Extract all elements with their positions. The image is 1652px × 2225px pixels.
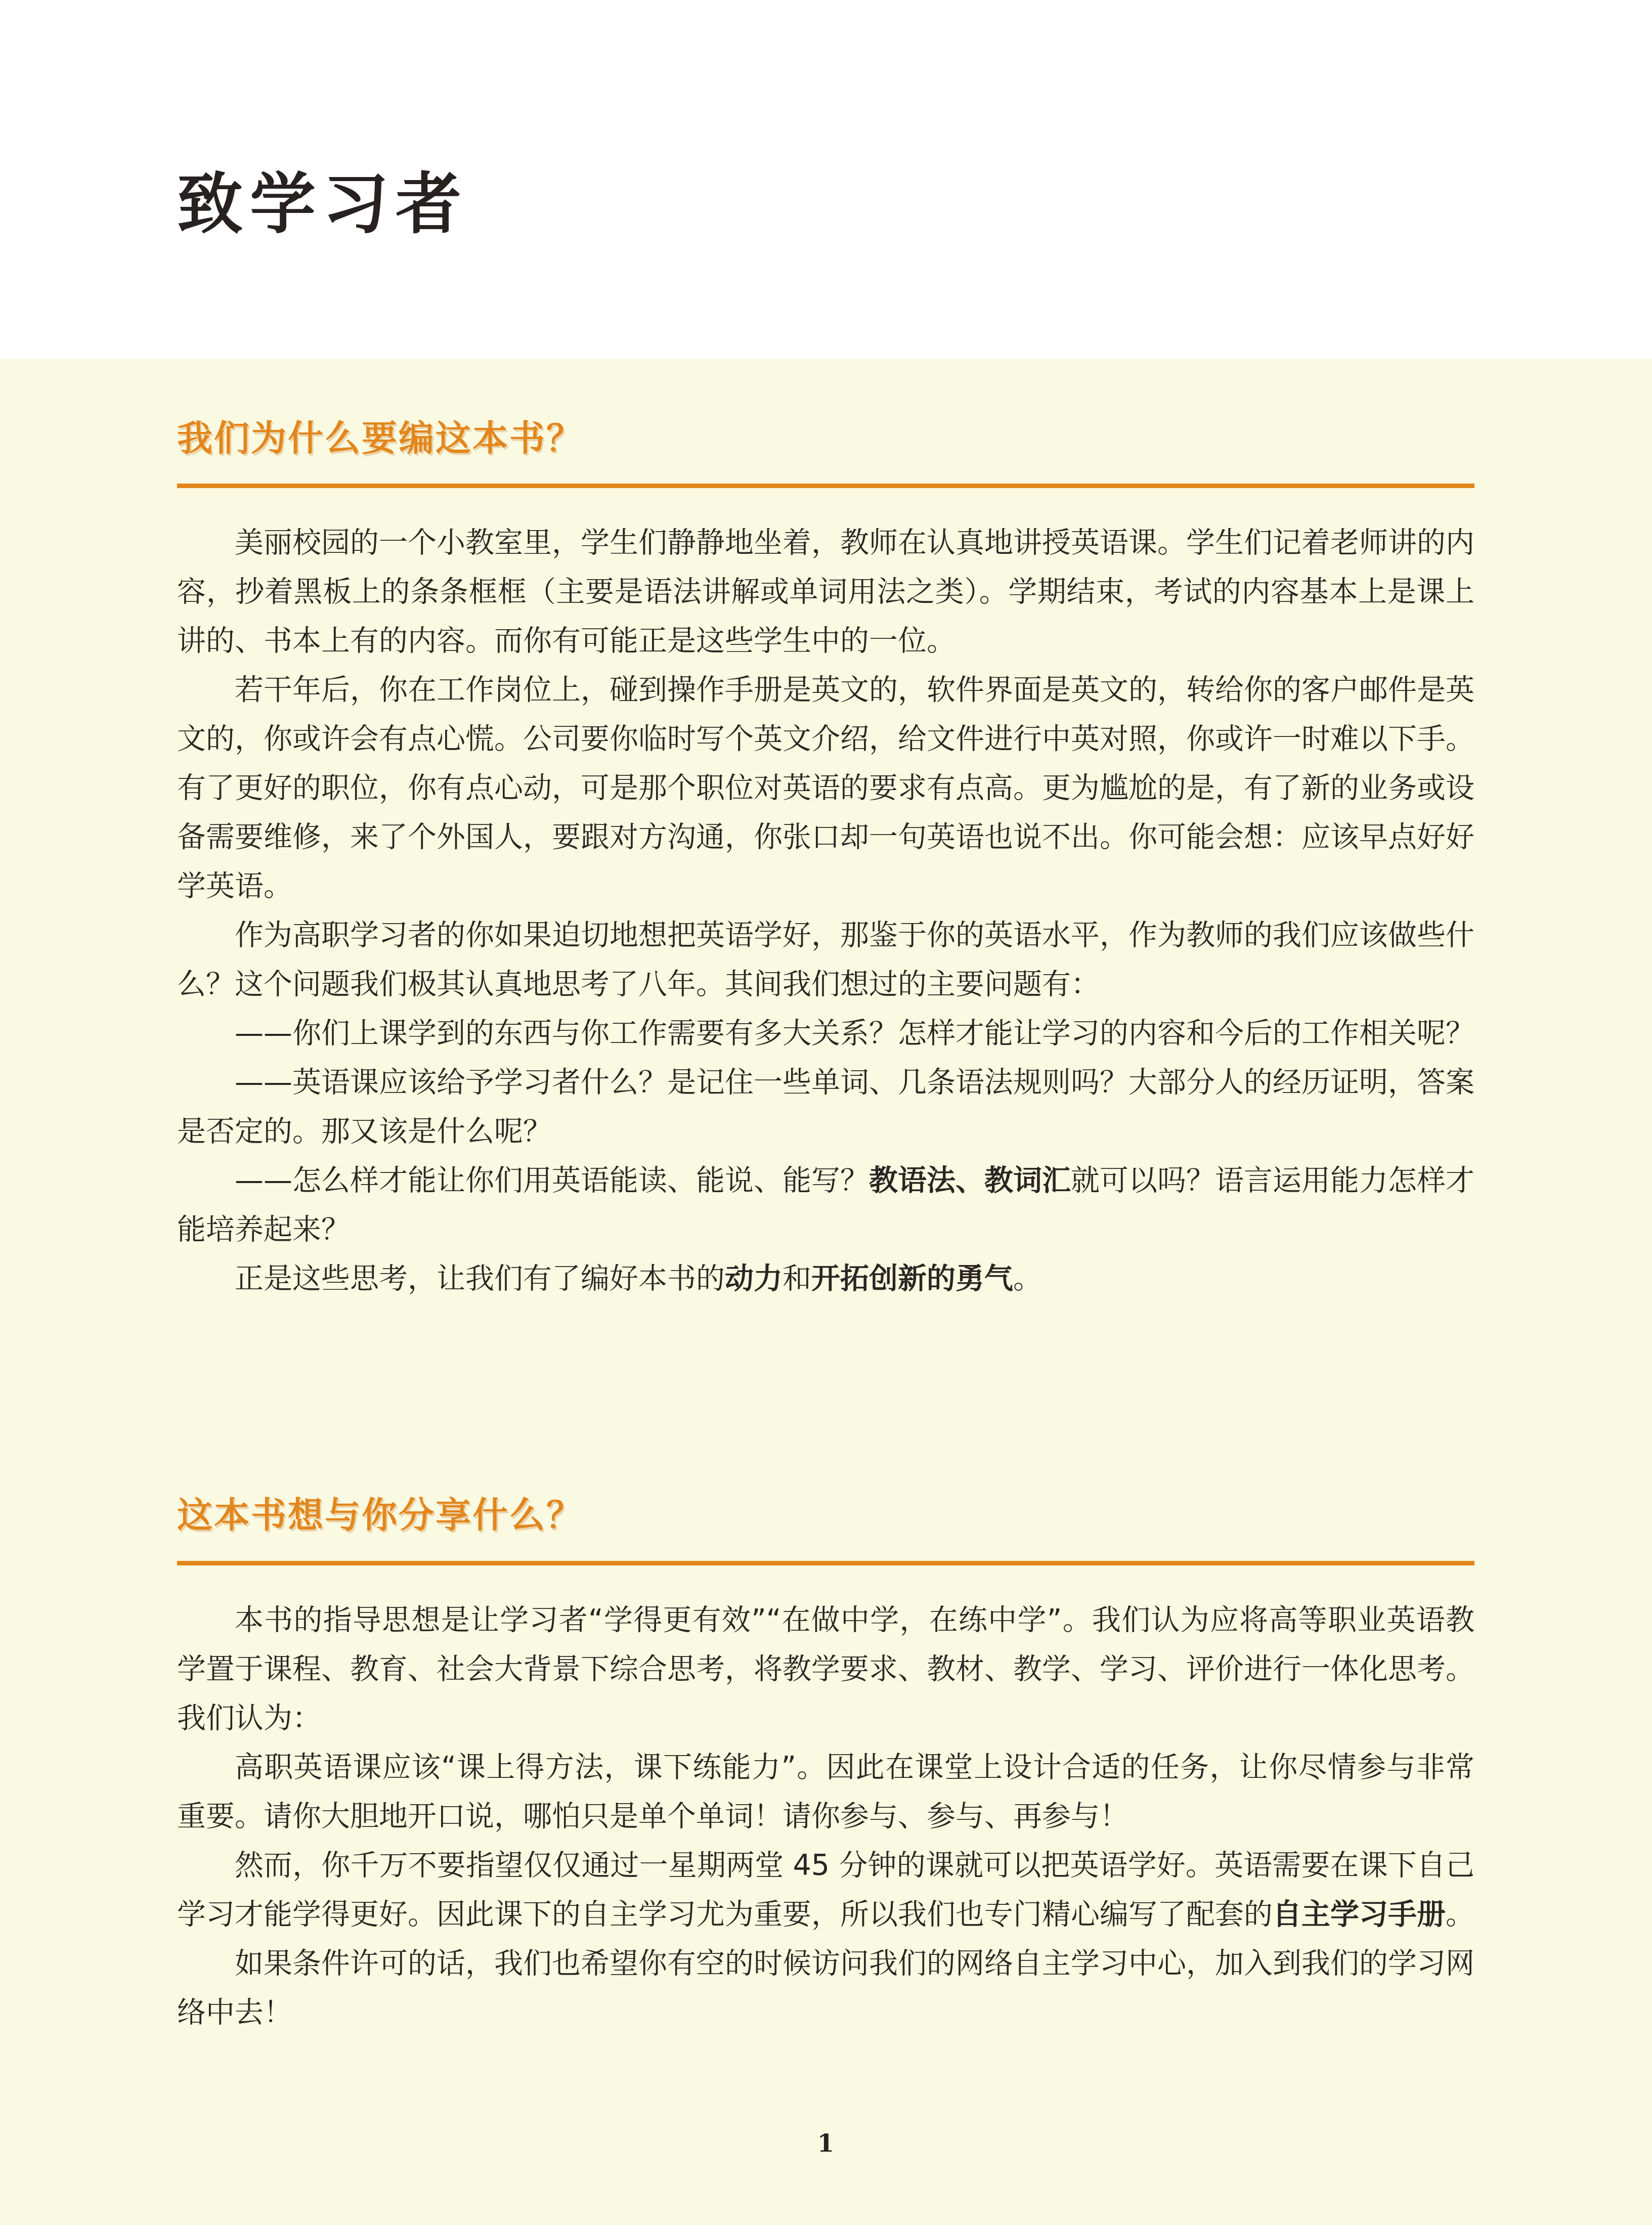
section-heading-share: 这本书想与你分享什么？ (177, 1496, 1474, 1535)
masthead: 致学习者 (0, 0, 1652, 359)
paragraph: ——怎么样才能让你们用英语能读、能说、能写？教语法、教词汇就可以吗？语言运用能力… (177, 1156, 1474, 1254)
paragraph: 本书的指导思想是让学习者“学得更有效”“在做中学，在练中学”。我们认为应将高等职… (177, 1596, 1474, 1743)
section-body: 美丽校园的一个小教室里，学生们静静地坐着，教师在认真地讲授英语课。学生们记着老师… (177, 518, 1474, 1303)
section-what-to-share: 这本书想与你分享什么？ 本书的指导思想是让学习者“学得更有效”“在做中学，在练中… (177, 1496, 1474, 2037)
paragraph: 若干年后，你在工作岗位上，碰到操作手册是英文的，软件界面是英文的，转给你的客户邮… (177, 666, 1474, 911)
paragraph: ——你们上课学到的东西与你工作需要有多大关系？怎样才能让学习的内容和今后的工作相… (177, 1009, 1474, 1058)
paragraph: 高职英语课应该“课上得方法，课下练能力”。因此在课堂上设计合适的任务，让你尽情参… (177, 1743, 1474, 1841)
paragraph: 正是这些思考，让我们有了编好本书的动力和开拓创新的勇气。 (177, 1254, 1474, 1303)
section-heading-why: 我们为什么要编这本书？ (177, 419, 1474, 458)
book-page: 致学习者 我们为什么要编这本书？ 美丽校园的一个小教室里，学生们静静地坐着，教师… (0, 0, 1652, 2225)
page-content: 我们为什么要编这本书？ 美丽校园的一个小教室里，学生们静静地坐着，教师在认真地讲… (0, 359, 1652, 2225)
section-body: 本书的指导思想是让学习者“学得更有效”“在做中学，在练中学”。我们认为应将高等职… (177, 1596, 1474, 2037)
page-number: 1 (177, 2129, 1474, 2158)
paragraph: 作为高职学习者的你如果迫切地想把英语学好，那鉴于你的英语水平，作为教师的我们应该… (177, 911, 1474, 1009)
page-title: 致学习者 (0, 0, 1652, 237)
paragraph: 然而，你千万不要指望仅仅通过一星期两堂 45 分钟的课就可以把英语学好。英语需要… (177, 1841, 1474, 1939)
section-divider (177, 1561, 1474, 1565)
paragraph: ——英语课应该给予学习者什么？是记住一些单词、几条语法规则吗？大部分人的经历证明… (177, 1058, 1474, 1156)
paragraph: 如果条件许可的话，我们也希望你有空的时候访问我们的网络自主学习中心，加入到我们的… (177, 1939, 1474, 2037)
section-why-this-book: 我们为什么要编这本书？ 美丽校园的一个小教室里，学生们静静地坐着，教师在认真地讲… (177, 419, 1474, 1303)
section-divider (177, 484, 1474, 488)
paragraph: 美丽校园的一个小教室里，学生们静静地坐着，教师在认真地讲授英语课。学生们记着老师… (177, 518, 1474, 666)
